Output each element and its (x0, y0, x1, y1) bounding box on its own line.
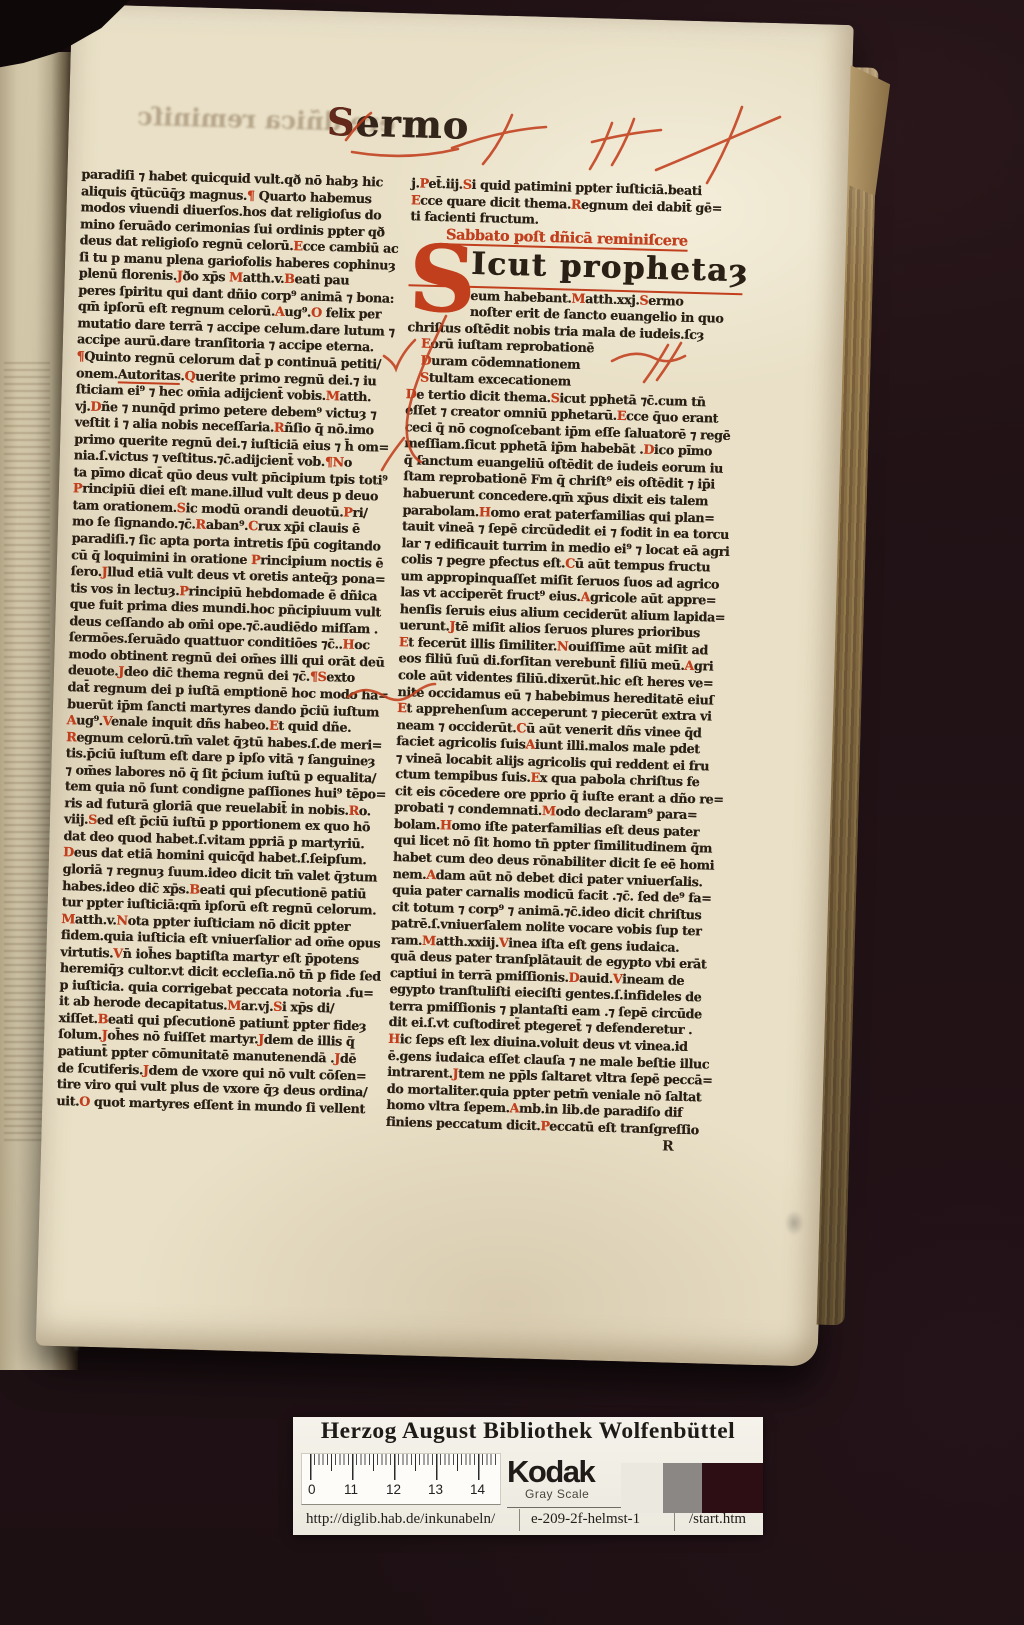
library-label: Herzog August Bibliothek Wolfenbüttel 01… (293, 1417, 763, 1535)
text-line: 11 (344, 1482, 358, 1497)
text-column-right: j.Pet̄.iij.Si quid patimini ppter iuſtic… (385, 175, 745, 1157)
text-line: 14 (470, 1482, 485, 1497)
scanned-book-photograph: ere dñica reminiſc Sermo paradiſi ⁊ habe… (0, 0, 1024, 1625)
kodak-logo: Kodak (507, 1457, 621, 1487)
start-page-url: /start.htm (689, 1511, 746, 1528)
lombard-initial: S (408, 244, 472, 318)
three-evils-list: Eorū iuſtam reprobationēDuram cōdemnatio… (406, 335, 741, 394)
book-head-edge (847, 65, 891, 196)
body-lines: De tertio dicit thema.Sicut pphetā ⁊c̄.c… (386, 386, 740, 1139)
text-line: 13 (428, 1482, 443, 1497)
ruler-ticks (302, 1454, 500, 1481)
ruler-numbers: 011121314 (302, 1481, 500, 1501)
page-smudge (781, 1206, 808, 1241)
incunabulum-page: ere dñica reminiſc Sermo paradiſi ⁊ habe… (36, 4, 854, 1367)
label-reference-row: http://diglib.hab.de/inkunabeln/ e-209-2… (293, 1509, 763, 1533)
gray-scale-card: Kodak Gray Scale (507, 1457, 621, 1508)
book-fore-edge (817, 67, 879, 1325)
text-column-left: paradiſi ⁊ habet quicquid vult.qð nō hab… (56, 166, 408, 1118)
library-name: Herzog August Bibliothek Wolfenbüttel (293, 1418, 763, 1445)
digital-library-url: http://diglib.hab.de/inkunabeln/ (306, 1511, 495, 1528)
cm-ruler: 011121314 (301, 1453, 501, 1505)
gray-patch-mid (663, 1463, 702, 1513)
gray-patch-dark (702, 1463, 763, 1513)
gray-patch-light (621, 1463, 663, 1513)
divider (674, 1509, 675, 1531)
running-title: Sermo (326, 99, 469, 148)
text-line: 12 (386, 1482, 401, 1497)
shelfmark: e-209-2f-helmst-1 (531, 1511, 640, 1528)
text-line: 0 (308, 1482, 316, 1497)
facing-page-showthrough-text (4, 362, 50, 1142)
gray-scale-caption: Gray Scale (507, 1487, 621, 1501)
divider (519, 1509, 520, 1531)
lombard-initial-glyph: S (407, 232, 476, 326)
